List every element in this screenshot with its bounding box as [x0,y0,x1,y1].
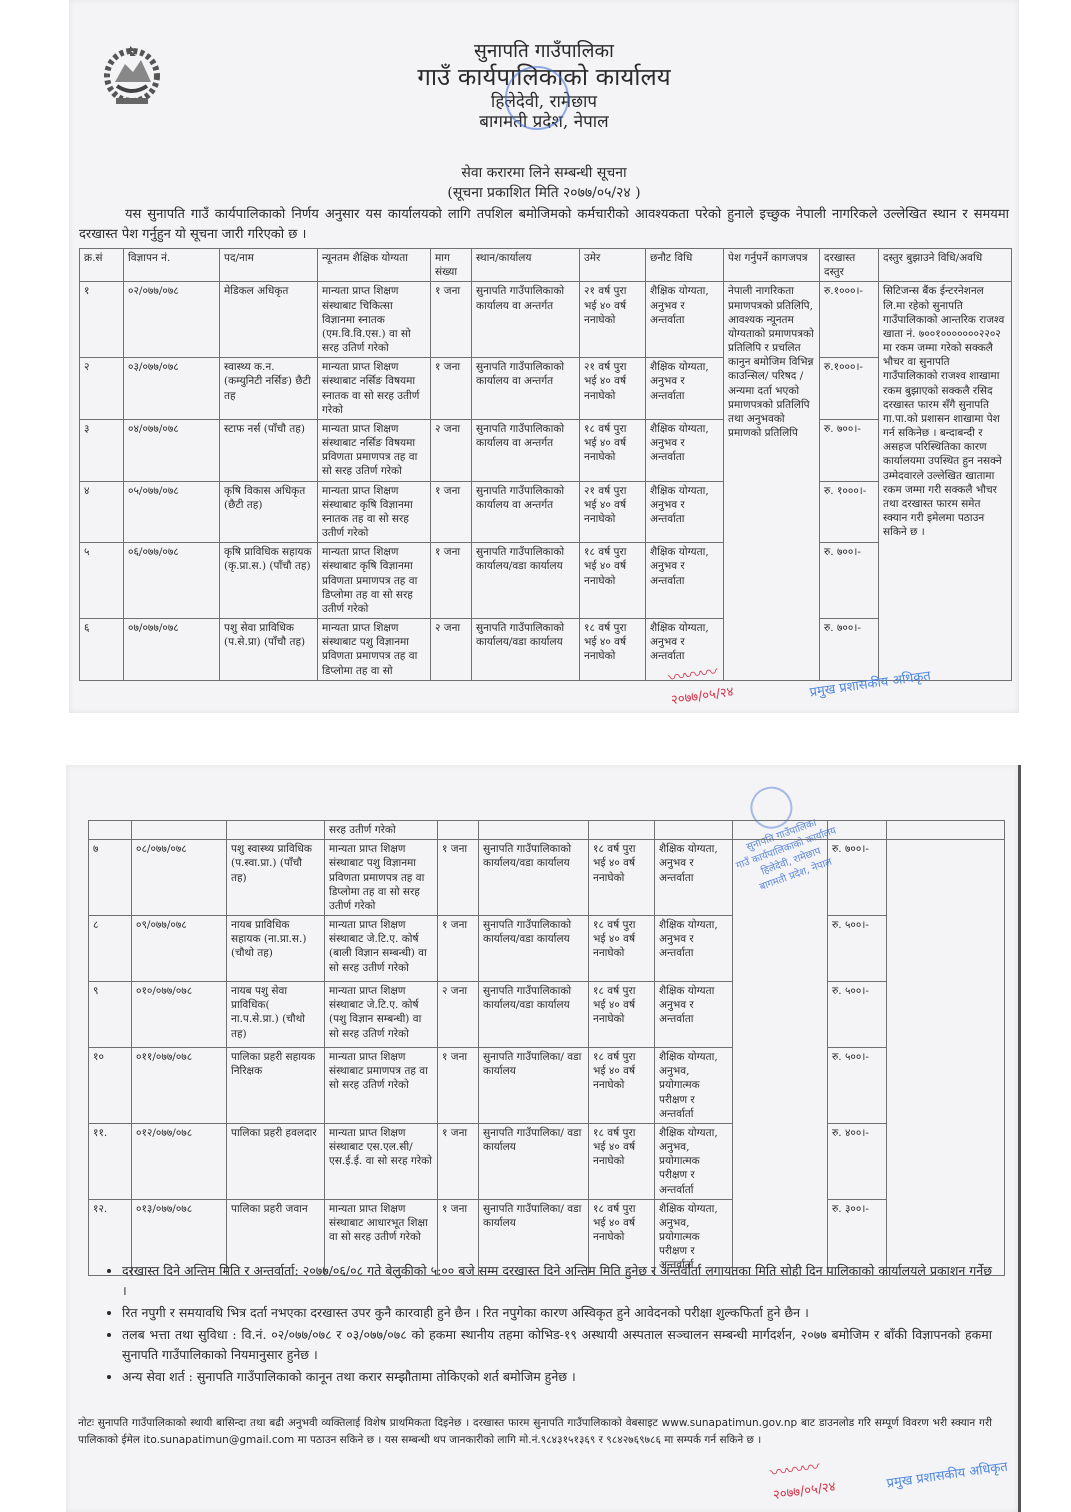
cell-age: १८ वर्ष पुरा भई ४० वर्ष ननाघेको [589,982,655,1048]
condition-item: दरखास्त दिने अन्तिम मिति र अन्तर्वार्ता:… [122,1261,992,1301]
note-text: मा पठाउन सकिने छ । यस सम्बन्धी थप जानकार… [298,1434,762,1446]
cell-age: १८ वर्ष पुरा भई ४० वर्ष ननाघेको [589,1048,655,1124]
cell-post: कृषि विकास अधिकृत (छैटी तह) [220,481,318,543]
cell-continuation [438,821,479,840]
cell-continuation [589,821,655,840]
cell-demand: २ जना [438,982,479,1048]
cell-post: पालिका प्रहरी सहायक निरिक्षक [227,1048,325,1124]
column-header: स्थान/कार्यालय [472,249,580,282]
cell-fee: रु. ५००।- [828,1048,887,1124]
note-text: नोटः सुनापति गाउँपालिकाको स्थायी बासिन्द… [78,1417,658,1429]
cell-age: १८ वर्ष पुरा भई ४० वर्ष ननाघेको [589,840,655,916]
table-row: ५०६/०७७/०७८कृषि प्राविधिक सहायक (कृ.प्रा… [80,543,1012,619]
cell-fee: रु. ४००।- [828,1123,887,1199]
document-page-1: सुनापति गाउँपालिका गाउँ कार्यपालिकाको का… [69,0,1019,713]
table-row: ८०९/०७७/०७८नायब प्राविधिक सहायक (ना.प्रा… [89,916,1005,982]
cell-demand: १ जना [431,282,472,358]
cell-place: सुनापति गाउँपालिकाको कार्यालय वा अन्तर्ग… [472,282,580,358]
vacancy-table-page-1: क्र.संविज्ञापन नं.पद/नामन्यूनतम शैक्षिक … [79,248,1012,681]
column-header: छनौट विधि [646,249,724,282]
cell-continuation [655,821,733,840]
cell-place: सुनापति गाउँपालिकाको कार्यालय/वडा कार्या… [472,619,580,681]
cell-fee: रु. ७००।- [820,543,879,619]
column-header: माग संख्या [431,249,472,282]
table-row: ११.०१२/०७७/०७८पालिका प्रहरी हवलदारमान्यत… [89,1123,1005,1199]
cell-selection: शैक्षिक योग्यता, अनुभव र अन्तर्वाता [646,481,724,543]
cell-sn: ८ [89,916,132,982]
column-header: क्र.सं [80,249,124,282]
condition-item: रित नपुगी र समयावधि भित्र दर्ता नभएका दर… [122,1303,992,1323]
cell-age: २१ वर्ष पुरा भई ४० वर्ष ननाघेको [580,358,646,420]
conditions-list: दरखास्त दिने अन्तिम मिति र अन्तर्वार्ता:… [104,1261,992,1389]
cell-ad-no: ०४/०७७/०७८ [124,419,220,481]
table-row: ६०७/०७७/०७८पशु सेवा प्राविधिक (प.से.प्रा… [80,619,1012,681]
cell-place: सुनापति गाउँपालिकाको कार्यालय/वडा कार्या… [479,982,589,1048]
cell-documents-required [733,840,828,1275]
column-header: पद/नाम [220,249,318,282]
cell-qualification: मान्यता प्राप्त शिक्षण संस्थाबाट पशु विज… [325,840,438,916]
cell-demand: १ जना [431,358,472,420]
cell-selection: शैक्षिक योग्यता अनुभव र अन्तर्वाता [655,982,733,1048]
cell-documents-required: नेपाली नागरिकता प्रमाणपत्रको प्रतिलिपि, … [724,282,820,680]
table-header-row: क्र.संविज्ञापन नं.पद/नामन्यूनतम शैक्षिक … [80,249,1012,282]
condition-item: तलब भत्ता तथा सुविधा : वि.नं. ०२/०७७/०७८… [122,1325,992,1365]
cell-age: १८ वर्ष पुरा भई ४० वर्ष ननाघेको [580,543,646,619]
cell-age: १८ वर्ष पुरा भई ४० वर्ष ननाघेको [589,1123,655,1199]
cell-place: सुनापति गाउँपालिकाको कार्यालय वा अन्तर्ग… [472,419,580,481]
table-row-continuation: सरह उतीर्ण गरेको [89,821,1005,840]
cell-fee: रु. १०००।- [820,481,879,543]
cell-qualification: मान्यता प्राप्त शिक्षण संस्थाबाट कृषि वि… [318,481,431,543]
column-header: विज्ञापन नं. [124,249,220,282]
column-header: दरखास्त दस्तुर [820,249,879,282]
cell-continuation [89,821,132,840]
cell-age: १८ वर्ष पुरा भई ४० वर्ष ननाघेको [580,419,646,481]
cell-selection: शैक्षिक योग्यता, अनुभव र अन्तर्वाता [655,916,733,982]
cell-ad-no: ०३/०७७/०७८ [124,358,220,420]
cell-demand: १ जना [438,916,479,982]
table-row: ७०८/०७७/०७८पशु स्वास्थ्य प्राविधिक (प.स्… [89,840,1005,916]
cell-post: कृषि प्राविधिक सहायक (कृ.प्रा.स.) (पाँचौ… [220,543,318,619]
cell-continuation [733,821,828,840]
cell-continuation [132,821,227,840]
officer-title-page-2: प्रमुख प्रशासकीय अधिकृत [885,1457,1008,1492]
website-link[interactable]: www.sunapatimun.gov.np [662,1417,798,1429]
cell-qualification: मान्यता प्राप्त शिक्षण संस्थाबाट प्रमाणप… [325,1048,438,1124]
cell-place: सुनापति गाउँपालिकाको कार्यालय/वडा कार्या… [479,840,589,916]
cell-sn: ६ [80,619,124,681]
cell-continuation [828,821,887,840]
cell-sn: ३ [80,419,124,481]
cell-ad-no: ०११/०७७/०७८ [132,1048,227,1124]
cell-ad-no: ०८/०७७/०७८ [132,840,227,916]
cell-place: सुनापति गाउँपालिकाको कार्यालय वा अन्तर्ग… [472,358,580,420]
cell-post: स्वास्थ्य क.न. (कम्युनिटी नर्सिङ) छैटी त… [220,358,318,420]
cell-demand: १ जना [438,1123,479,1199]
cell-qualification: मान्यता प्राप्त शिक्षण संस्थाबाट कृषि वि… [318,543,431,619]
cell-age: १८ वर्ष पुरा भई ४० वर्ष ननाघेको [580,619,646,681]
cell-continuation [887,821,1005,840]
cell-ad-no: ०६/०७७/०७८ [124,543,220,619]
cell-place: सुनापति गाउँपालिकाको कार्यालय वा अन्तर्ग… [472,481,580,543]
column-header: न्यूनतम शैक्षिक योग्यता [318,249,431,282]
cell-ad-no: ०९/०७७/०७८ [132,916,227,982]
column-header: दस्तुर बुझाउने विधि/अवधि [879,249,1012,282]
cell-sn: ७ [89,840,132,916]
cell-continuation [227,821,325,840]
office-seal-stamp [505,66,569,130]
cell-post: पशु स्वास्थ्य प्राविधिक (प.स्वा.प्रा.) (… [227,840,325,916]
cell-selection: शैक्षिक योग्यता, अनुभव र अन्तर्वाता [655,840,733,916]
cell-selection: शैक्षिक योग्यता, अनुभव, प्रयोगात्मक परीक… [655,1048,733,1124]
cell-sn: ११. [89,1123,132,1199]
email-link[interactable]: ito.sunapatimun@gmail.com [143,1434,294,1446]
cell-demand: १ जना [431,543,472,619]
footnote: नोटः सुनापति गाउँपालिकाको स्थायी बासिन्द… [78,1415,992,1450]
table-row: २०३/०७७/०७८स्वास्थ्य क.न. (कम्युनिटी नर्… [80,358,1012,420]
vacancy-table-page-2: सरह उतीर्ण गरेको७०८/०७७/०७८पशु स्वास्थ्य… [88,820,1005,1276]
cell-fee: रु. ५००।- [828,982,887,1048]
cell-post: पालिका प्रहरी हवलदार [227,1123,325,1199]
cell-selection: शैक्षिक योग्यता, अनुभव र अन्तर्वाता [646,358,724,420]
cell-sn: १० [89,1048,132,1124]
cell-qualification: मान्यता प्राप्त शिक्षण संस्थाबाट नर्सिङ … [318,419,431,481]
cell-post: पशु सेवा प्राविधिक (प.से.प्रा) (पाँचौ तह… [220,619,318,681]
cell-fee: रु.१०००।- [820,358,879,420]
notice-title: सेवा करारमा लिने सम्बन्धी सूचना [69,164,1019,184]
column-header: पेश गर्नुपर्ने कागजपत्र [724,249,820,282]
cell-fee: रु. ५००।- [828,916,887,982]
cell-fee: रु.१०००।- [820,282,879,358]
cell-age: २१ वर्ष पुरा भई ४० वर्ष ननाघेको [580,282,646,358]
cell-qualification: मान्यता प्राप्त शिक्षण संस्थाबाट जे.टि.ए… [325,916,438,982]
table-row: १०२/०७७/०७८मेडिकल अधिकृतमान्यता प्राप्त … [80,282,1012,358]
cell-place: सुनापति गाउँपालिकाको कार्यालय/वडा कार्या… [472,543,580,619]
cell-post: नायब पशु सेवा प्राविधिक( ना.प.से.प्रा.) … [227,982,325,1048]
cell-sn: १ [80,282,124,358]
cell-demand: १ जना [438,1048,479,1124]
cell-age: १८ वर्ष पुरा भई ४० वर्ष ननाघेको [589,916,655,982]
cell-post: नायब प्राविधिक सहायक (ना.प्रा.स.) (चौथो … [227,916,325,982]
cell-demand: २ जना [431,619,472,681]
document-page-2: सुनापति गाउँपालिका गाउँ कार्यपालिकाको का… [66,765,1021,1512]
cell-ad-no: ०५/०७७/०७८ [124,481,220,543]
cell-qualification: मान्यता प्राप्त शिक्षण संस्थाबाट पशु विज… [318,619,431,681]
cell-place: सुनापति गाउँपालिका/ वडा कार्यालय [479,1048,589,1124]
cell-fee: रु. ७००।- [828,840,887,916]
table-row: १००११/०७७/०७८पालिका प्रहरी सहायक निरिक्ष… [89,1048,1005,1124]
cell-ad-no: ०२/०७७/०७८ [124,282,220,358]
notice-published-date: (सूचना प्रकाशित मिति २०७७/०५/२४ ) [69,184,1019,204]
column-header: उमेर [580,249,646,282]
cell-sn: ५ [80,543,124,619]
cell-qualification: मान्यता प्राप्त शिक्षण संस्थाबाट नर्सिङ … [318,358,431,420]
cell-qualification: मान्यता प्राप्त शिक्षण संस्थाबाट चिकित्स… [318,282,431,358]
cell-continuation [479,821,589,840]
table-row: ९०१०/०७७/०७८नायब पशु सेवा प्राविधिक( ना.… [89,982,1005,1048]
cell-fee: रु. ७००।- [820,419,879,481]
cell-demand: १ जना [431,481,472,543]
table-row: ३०४/०७७/०७८स्टाफ नर्स (पाँचौ तह)मान्यता … [80,419,1012,481]
cell-fee-payment-method: सिटिजन्स बैंक ईन्टरनेशनल लि.मा रहेको सुन… [879,282,1012,680]
cell-sn: २ [80,358,124,420]
notice-title-block: सेवा करारमा लिने सम्बन्धी सूचना (सूचना प… [69,164,1019,203]
cell-ad-no: ०१०/०७७/०७८ [132,982,227,1048]
cell-selection: शैक्षिक योग्यता, अनुभव र अन्तर्वाता [646,543,724,619]
cell-demand: २ जना [431,419,472,481]
cell-selection: शैक्षिक योग्यता, अनुभव र अन्तर्वाता [646,419,724,481]
cell-qualification: मान्यता प्राप्त शिक्षण संस्थाबाट एस.एल.स… [325,1123,438,1199]
cell-selection: शैक्षिक योग्यता, अनुभव, प्रयोगात्मक परीक… [655,1123,733,1199]
cell-continuation: सरह उतीर्ण गरेको [325,821,438,840]
cell-demand: १ जना [438,840,479,916]
cell-sn: ९ [89,982,132,1048]
cell-ad-no: ०१२/०७७/०७८ [132,1123,227,1199]
table-row: ४०५/०७७/०७८कृषि विकास अधिकृत (छैटी तह)मा… [80,481,1012,543]
cell-qualification: मान्यता प्राप्त शिक्षण संस्थाबाट जे.टि.ए… [325,982,438,1048]
cell-fee: रु. ७००।- [820,619,879,681]
signature-page-2: 〰〰〰 २०७७/०५/२४ [768,1451,836,1503]
cell-ad-no: ०७/०७७/०७८ [124,619,220,681]
cell-post: स्टाफ नर्स (पाँचौ तह) [220,419,318,481]
cell-place: सुनापति गाउँपालिकाको कार्यालय/वडा कार्या… [479,916,589,982]
cell-place: सुनापति गाउँपालिका/ वडा कार्यालय [479,1123,589,1199]
municipality-name: सुनापति गाउँपालिका [69,40,1019,63]
cell-post: मेडिकल अधिकृत [220,282,318,358]
condition-item: अन्य सेवा शर्त : सुनापति गाउँपालिकाको का… [122,1367,992,1387]
notice-intro: यस सुनापति गाउँ कार्यपालिकाको निर्णय अनु… [79,205,1009,245]
signature-page-1: 〰〰〰 २०७७/०५/२४ [666,656,734,708]
cell-age: २१ वर्ष पुरा भई ४० वर्ष ननाघेको [580,481,646,543]
cell-selection: शैक्षिक योग्यता, अनुभव र अन्तर्वाता [646,282,724,358]
cell-fee-payment-method [887,840,1005,1275]
cell-sn: ४ [80,481,124,543]
